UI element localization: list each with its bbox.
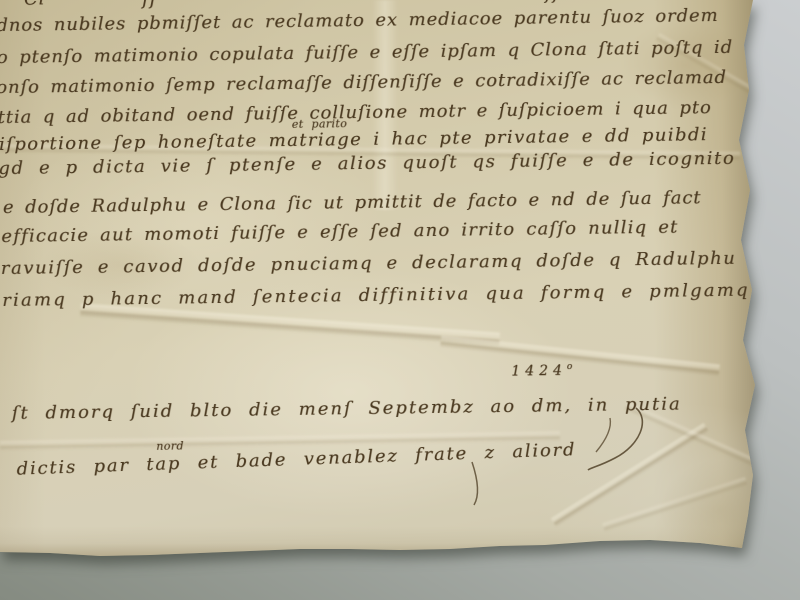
- manuscript-line-11: ſt dmorq ſuid blto die menſ Septembz ao …: [12, 394, 682, 424]
- top-line-fragment: Cl: [24, 0, 46, 10]
- manuscript-line-9: ravuiſſe e cavod doſde pnuciamq e declar…: [1, 248, 737, 279]
- year-superscript-o: o: [567, 362, 573, 372]
- manuscript-line-10: riamq p hanc mand ſentecia diffinitiva q…: [2, 280, 750, 311]
- top-line-fragment: ff: [142, 0, 157, 10]
- manuscript-line-7: e doſde Radulphu e Clona ſic ut pmittit …: [3, 187, 702, 218]
- year-digits: 1424: [511, 363, 567, 380]
- manuscript-line-1: dnos nubiles pbmiſſet ac reclamato ex me…: [0, 5, 719, 36]
- year-annotation: 1424o: [511, 362, 572, 380]
- manuscript-line-8: efficacie aut momoti fuiſſe e eſſe ſed a…: [1, 217, 678, 247]
- handwriting-layer: Cl ff ſſi Clona tum dnos nubiles pbmiſſe…: [0, 0, 800, 600]
- table-surface: [0, 560, 800, 600]
- manuscript-line-4: ttia q ad obitand oend fuiſſe colluſione…: [0, 97, 712, 128]
- interlinear-insertion-line12: nord: [156, 439, 184, 452]
- manuscript-line-12: dictis par tap et bade venablez frate z …: [16, 439, 576, 480]
- manuscript-line-3: onſo matimonio ſemp reclamaſſe diſſenſiſ…: [0, 67, 727, 98]
- top-line-fragment: Clona tum: [626, 0, 733, 1]
- manuscript-photo: Cl ff ſſi Clona tum dnos nubiles pbmiſſe…: [0, 0, 800, 600]
- manuscript-line-2: o ptenſo matimonio copulata fuiſſe e eſſ…: [0, 37, 733, 68]
- top-line-fragment: ſſi: [545, 0, 567, 4]
